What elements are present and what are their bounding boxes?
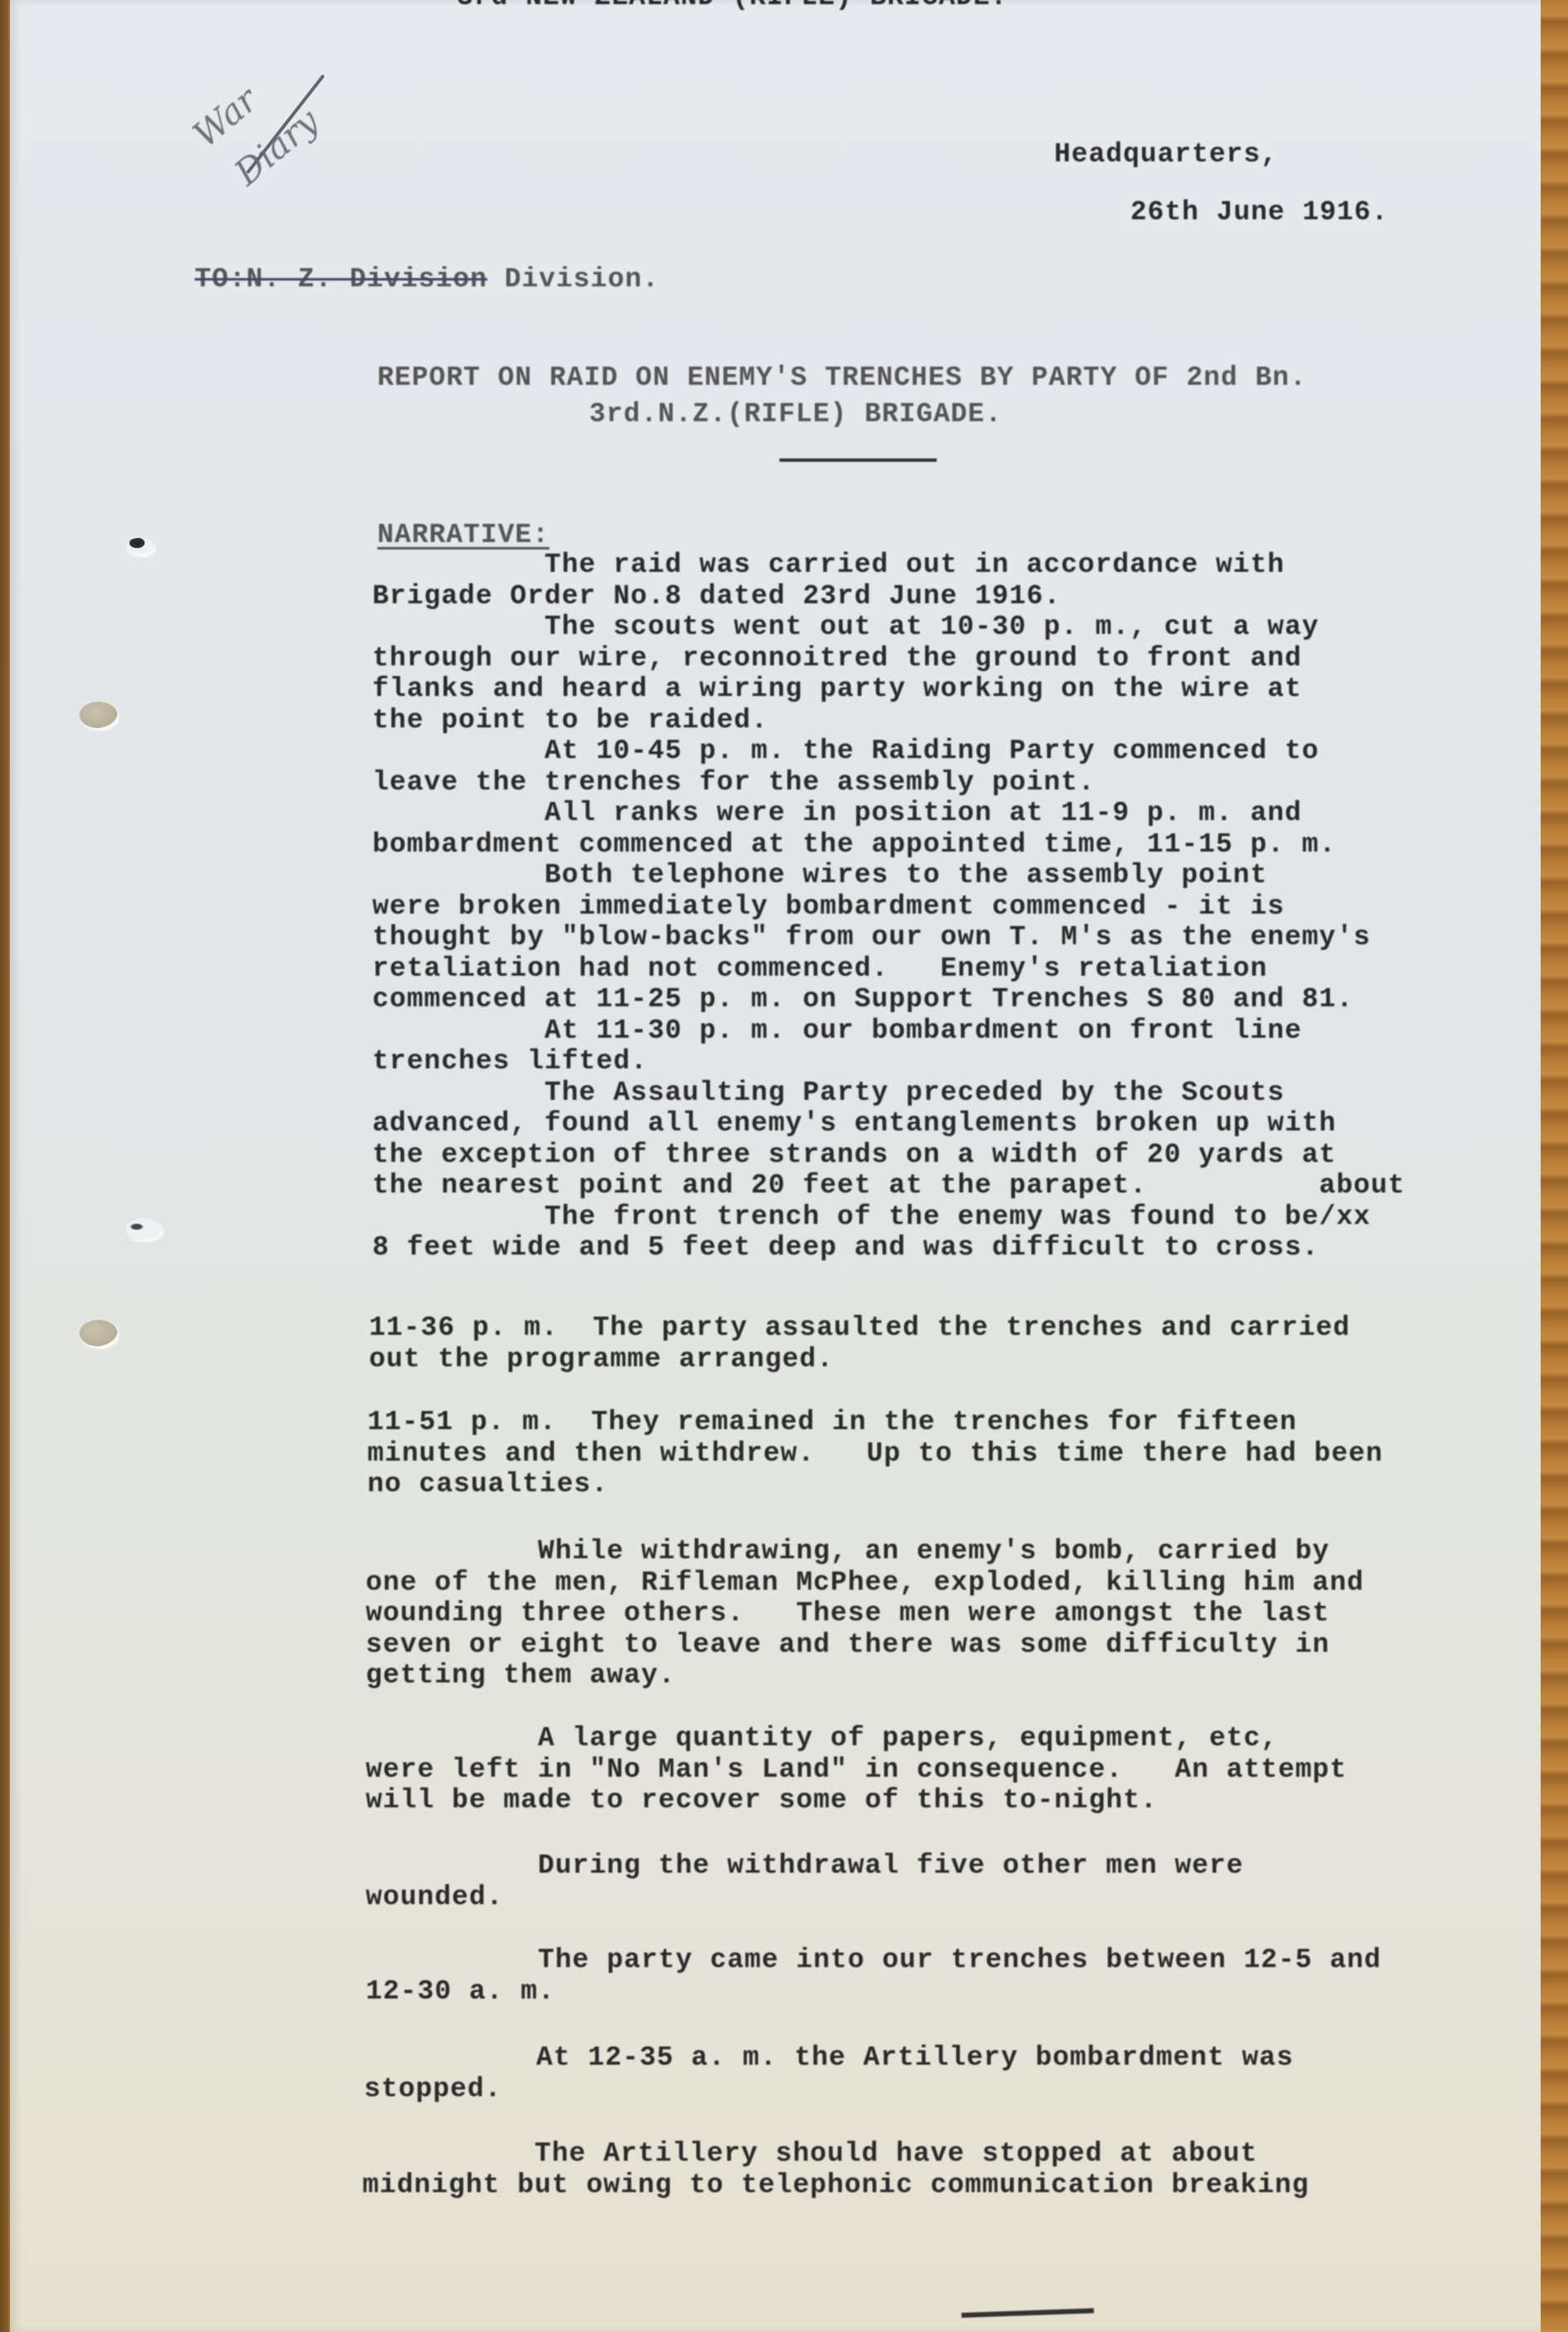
narrative-line: trenches lifted.: [372, 1046, 648, 1077]
location-line: Headquarters,: [1054, 139, 1278, 170]
narrative-line: retaliation had not commenced. Enemy's r…: [372, 953, 1268, 984]
punch-hole: [79, 702, 117, 728]
narrative-line: out the programme arranged.: [369, 1344, 834, 1375]
narrative-line: were left in "No Man's Land" in conseque…: [366, 1754, 1347, 1785]
narrative-line: bombardment commenced at the appointed t…: [372, 829, 1336, 860]
narrative-line: 12-30 a. m.: [366, 1976, 555, 2007]
narrative-line: the point to be raided.: [372, 705, 768, 736]
narrative-line: were broken immediately bombardment comm…: [372, 891, 1285, 922]
narrative-line: While withdrawing, an enemy's bomb, carr…: [366, 1536, 1330, 1567]
narrative-line: commenced at 11-25 p. m. on Support Tren…: [372, 984, 1354, 1015]
narrative-line: the nearest point and 20 feet at the par…: [372, 1170, 1405, 1201]
narrative-line: The raid was carried out in accordance w…: [372, 549, 1285, 580]
narrative-line: leave the trenches for the assembly poin…: [372, 767, 1096, 798]
narrative-line: A large quantity of papers, equipment, e…: [366, 1723, 1278, 1754]
narrative-line: The front trench of the enemy was found …: [372, 1202, 1371, 1232]
narrative-line: the exception of three strands on a widt…: [372, 1140, 1336, 1170]
recipient-visible-text: Division.: [505, 264, 659, 295]
narrative-line: The party came into our trenches between…: [366, 1945, 1381, 1975]
narrative-line: flanks and heard a wiring party working …: [372, 674, 1302, 704]
section-heading-narrative: NARRATIVE:: [377, 520, 549, 550]
narrative-line: Both telephone wires to the assembly poi…: [372, 860, 1268, 890]
recipient-line: TO:N. Z. Division Division.: [126, 233, 659, 325]
wooden-table-left-edge: [0, 0, 8, 2332]
recipient-prefix: TO:: [194, 264, 246, 295]
narrative-line: advanced, found all enemy's entanglement…: [372, 1108, 1336, 1139]
narrative-line: through our wire, reconnoitred the groun…: [372, 643, 1302, 674]
narrative-line: At 11-30 p. m. our bombardment on front …: [372, 1015, 1302, 1046]
punch-hole: [126, 1218, 162, 1240]
narrative-line: one of the men, Rifleman McPhee, explode…: [366, 1567, 1364, 1598]
narrative-line: Brigade Order No.8 dated 23rd June 1916.: [372, 581, 1061, 612]
narrative-line: 11-51 p. m. They remained in the trenche…: [367, 1407, 1297, 1437]
narrative-line: stopped.: [364, 2074, 501, 2104]
date-line: 26th June 1916.: [1130, 197, 1388, 228]
narrative-line: 8 feet wide and 5 feet deep and was diff…: [372, 1232, 1319, 1263]
recipient-struck-text: N. Z. Division: [247, 264, 487, 295]
narrative-line: The Assaulting Party preceded by the Sco…: [372, 1077, 1285, 1108]
narrative-line: wounded.: [366, 1882, 503, 1912]
report-title-line-1: REPORT ON RAID ON ENEMY'S TRENCHES BY PA…: [377, 362, 1307, 393]
narrative-line: wounding three others. These men were am…: [366, 1598, 1330, 1629]
narrative-line: getting them away.: [366, 1660, 675, 1691]
punch-hole: [126, 538, 154, 554]
narrative-line: no casualties.: [367, 1469, 608, 1499]
narrative-line: minutes and then withdrew. Up to this ti…: [367, 1438, 1383, 1469]
narrative-line: thought by "blow-backs" from our own T. …: [372, 922, 1371, 952]
narrative-line: The scouts went out at 10-30 p. m., cut …: [372, 612, 1319, 642]
title-underline: [779, 458, 937, 462]
narrative-line: At 10-45 p. m. the Raiding Party commenc…: [372, 736, 1319, 766]
narrative-line: The Artillery should have stopped at abo…: [362, 2138, 1258, 2169]
narrative-line: All ranks were in position at 11-9 p. m.…: [372, 798, 1302, 828]
ink-smudge: [961, 2308, 1094, 2318]
narrative-line: At 12-35 a. m. the Artillery bombardment…: [364, 2042, 1293, 2073]
report-title-line-2: 3rd.N.Z.(RIFLE) BRIGADE.: [589, 399, 1002, 429]
document-page: 3rd NEW ZEALAND (RIFLE) BRIGADE. War Dia…: [10, 0, 1541, 2332]
wooden-table-right-edge: [1540, 0, 1568, 2332]
narrative-line: will be made to recover some of this to-…: [366, 1785, 1158, 1816]
punch-hole: [79, 1320, 117, 1346]
narrative-line: During the withdrawal five other men wer…: [366, 1850, 1244, 1881]
recipient-division: [487, 264, 505, 295]
narrative-line: midnight but owing to telephonic communi…: [362, 2170, 1309, 2200]
narrative-line: seven or eight to leave and there was so…: [366, 1629, 1330, 1660]
narrative-body-block-1: The raid was carried out in accordance w…: [372, 549, 1531, 1294]
narrative-line: 11-36 p. m. The party assaulted the tren…: [369, 1312, 1350, 1343]
letterhead: 3rd NEW ZEALAND (RIFLE) BRIGADE.: [457, 0, 1008, 12]
